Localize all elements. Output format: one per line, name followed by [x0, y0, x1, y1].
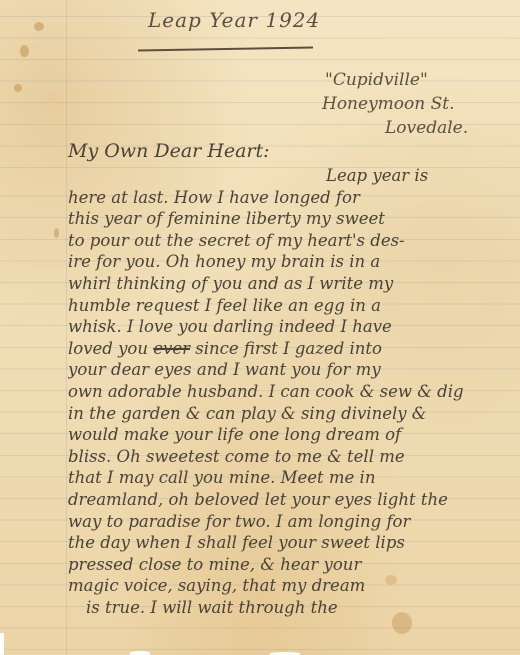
stain	[14, 84, 22, 92]
letter-title: Leap Year 1924	[148, 8, 320, 32]
body-line: Leap year is	[68, 165, 518, 187]
stain	[34, 22, 44, 31]
body-line: pressed close to mine, & hear your	[68, 554, 518, 576]
body-line: ire for you. Oh honey my brain is in a	[68, 251, 518, 273]
body-line: humble request I feel like an egg in a	[68, 295, 518, 317]
stain	[54, 228, 59, 238]
body-line: in the garden & can play & sing divinely…	[68, 403, 518, 425]
body-line: whirl thinking of you and as I write my	[68, 273, 518, 295]
address-line-1: "Cupidville"	[325, 70, 428, 90]
body-line: own adorable husband. I can cook & sew &…	[68, 381, 518, 403]
body-line-with-strikethrough: loved you ever since first I gazed into	[68, 338, 518, 360]
body-line: your dear eyes and I want you for my	[68, 359, 518, 381]
body-line: that I may call you mine. Meet me in	[68, 467, 518, 489]
body-line: way to paradise for two. I am longing fo…	[68, 511, 518, 533]
salutation: My Own Dear Heart:	[68, 140, 270, 162]
address-line-2: Honeymoon St.	[322, 94, 455, 114]
body-line: dreamland, oh beloved let your eyes ligh…	[68, 489, 518, 511]
body-line: this year of feminine liberty my sweet	[68, 208, 518, 230]
text-segment: since first I gazed into	[190, 339, 382, 358]
stain	[20, 45, 29, 57]
body-line: to pour out the secret of my heart's des…	[68, 230, 518, 252]
body-line: is true. I will wait through the	[68, 597, 518, 619]
body-line: magic voice, saying, that my dream	[68, 575, 518, 597]
body-line: the day when I shall feel your sweet lip…	[68, 532, 518, 554]
address-line-3: Lovedale.	[385, 118, 468, 138]
body-line: would make your life one long dream of	[68, 424, 518, 446]
struck-word: ever	[153, 339, 190, 358]
body-line: here at last. How I have longed for	[68, 187, 518, 209]
body-line: bliss. Oh sweetest come to me & tell me	[68, 446, 518, 468]
letter-page: Leap Year 1924 "Cupidville" Honeymoon St…	[0, 0, 520, 655]
body-line: whisk. I love you darling indeed I have	[68, 316, 518, 338]
paper-tear	[130, 651, 150, 655]
margin-line	[66, 0, 67, 655]
letter-body: Leap year is here at last. How I have lo…	[68, 165, 518, 618]
paper-tear	[0, 633, 4, 655]
text-segment: loved you	[68, 339, 153, 358]
